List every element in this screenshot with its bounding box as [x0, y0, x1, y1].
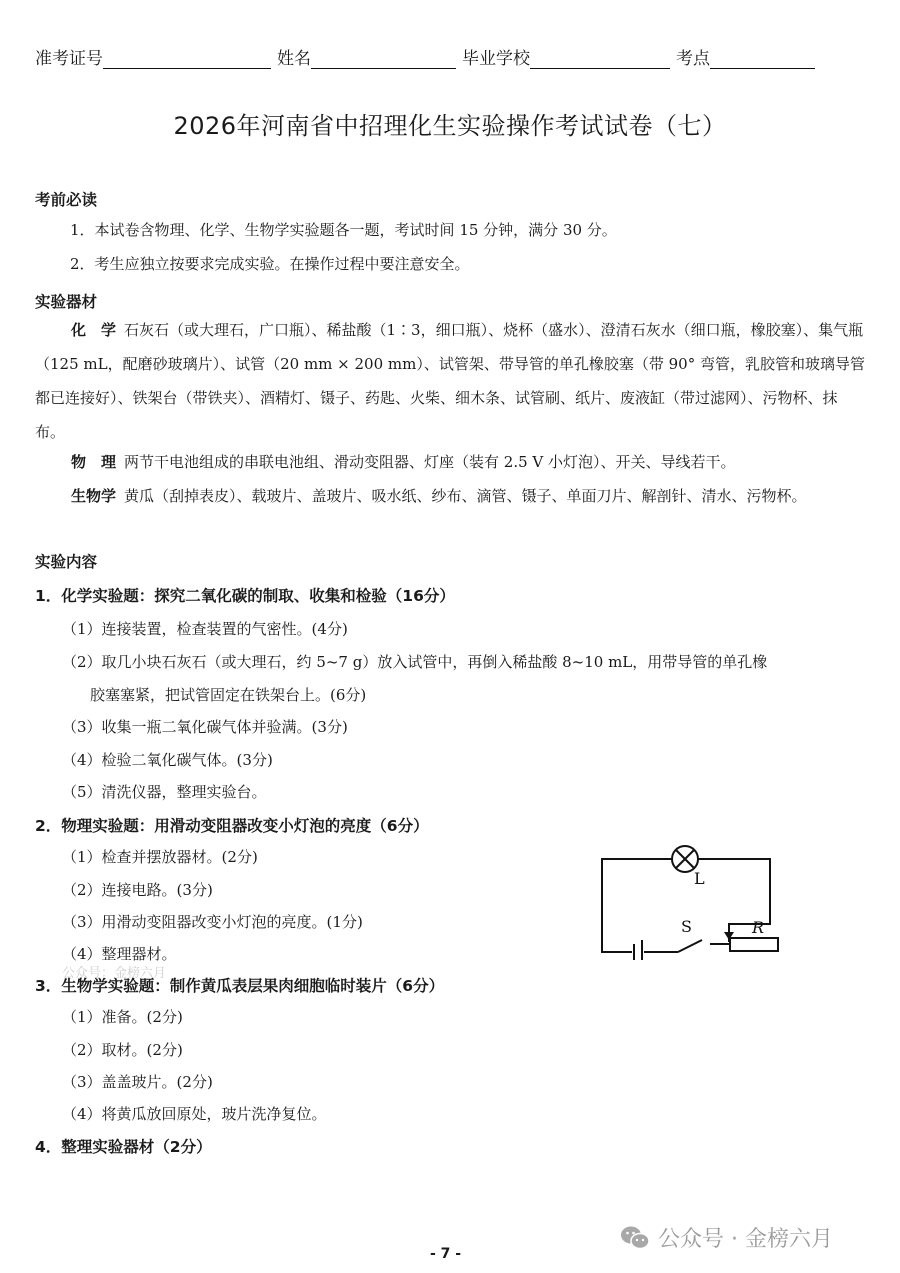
materials-biology: 生物学黄瓜（刮掉表皮）、载玻片、盖玻片、吸水纸、纱布、滴管、镊子、单面刀片、解剖…	[35, 479, 867, 513]
question-title: 2．物理实验题：用滑动变阻器改变小灯泡的亮度（6分）	[35, 814, 429, 836]
question-step: （1）准备。(2分)	[62, 1006, 183, 1027]
notice-heading: 考前必读	[35, 188, 97, 210]
exam-header: 准考证号 姓名 毕业学校 考点	[35, 44, 865, 69]
name-label: 姓名	[277, 44, 311, 69]
exam-site-label: 考点	[676, 44, 710, 69]
biology-text: 黄瓜（刮掉表皮）、载玻片、盖玻片、吸水纸、纱布、滴管、镊子、单面刀片、解剖针、清…	[124, 487, 807, 505]
question-step: （3）收集一瓶二氧化碳气体并验满。(3分)	[62, 716, 348, 737]
lamp-label: L	[694, 869, 705, 888]
biology-label: 生物学	[71, 487, 116, 505]
physics-label: 物 理	[71, 453, 116, 471]
materials-physics: 物 理两节干电池组成的串联电池组、滑动变阻器、灯座（装有 2.5 V 小灯泡）、…	[35, 446, 867, 478]
name-field[interactable]	[311, 48, 456, 69]
watermark-text: 公众号 · 金榜六月	[658, 1222, 833, 1253]
question-step: （4）将黄瓜放回原处，玻片洗净复位。	[62, 1103, 327, 1124]
question-step: （3）盖盖玻片。(2分)	[62, 1071, 213, 1092]
question-step: （4）整理器材。	[62, 943, 177, 964]
question-title: 1．化学实验题：探究二氧化碳的制取、收集和检验（16分）	[35, 584, 455, 606]
physics-text: 两节干电池组成的串联电池组、滑动变阻器、灯座（装有 2.5 V 小灯泡）、开关、…	[124, 453, 736, 471]
school-field[interactable]	[530, 48, 670, 69]
question-title: 3．生物学实验题：制作黄瓜表层果肉细胞临时装片（6分）	[35, 974, 444, 996]
exam-id-field[interactable]	[103, 48, 271, 69]
materials-heading: 实验器材	[35, 290, 97, 312]
question-step: （5）清洗仪器，整理实验台。	[62, 781, 267, 802]
rheostat-label: R	[751, 918, 764, 937]
circuit-diagram: L S R	[590, 840, 790, 960]
question-step: （2）取材。(2分)	[62, 1039, 183, 1060]
notice-item: 1．本试卷含物理、化学、生物学实验题各一题，考试时间 15 分钟，满分 30 分…	[70, 214, 617, 246]
rheostat-icon	[730, 938, 778, 951]
school-label: 毕业学校	[462, 44, 530, 69]
chemistry-label: 化 学	[71, 321, 116, 339]
battery-icon	[634, 940, 642, 960]
chemistry-text: 石灰石（或大理石，广口瓶）、稀盐酸（1∶3，细口瓶）、烧杯（盛水）、澄清石灰水（…	[35, 321, 865, 441]
question-title: 4．整理实验器材（2分）	[35, 1135, 212, 1157]
notice-item: 2．考生应独立按要求完成实验。在操作过程中要注意安全。	[70, 248, 470, 280]
question-step: （4）检验二氧化碳气体。(3分)	[62, 749, 273, 770]
switch-label: S	[681, 917, 692, 936]
question-step: （1）连接装置，检查装置的气密性。(4分)	[62, 618, 348, 639]
exam-site-field[interactable]	[710, 48, 815, 69]
question-step: （3）用滑动变阻器改变小灯泡的亮度。(1分)	[62, 911, 363, 932]
exam-id-label: 准考证号	[35, 44, 103, 69]
wechat-icon	[620, 1225, 650, 1251]
question-step: （1）检查并摆放器材。(2分)	[62, 846, 258, 867]
materials-chemistry: 化 学石灰石（或大理石，广口瓶）、稀盐酸（1∶3，细口瓶）、烧杯（盛水）、澄清石…	[35, 313, 867, 449]
wechat-watermark: 公众号 · 金榜六月	[620, 1222, 833, 1253]
content-heading: 实验内容	[35, 550, 97, 572]
page-number: - 7 -	[430, 1246, 461, 1262]
question-step: （2）取几小块石灰石（或大理石，约 5~7 g）放入试管中，再倒入稀盐酸 8~1…	[62, 651, 767, 672]
question-step: 胶塞塞紧，把试管固定在铁架台上。(6分)	[90, 684, 366, 705]
page-title: 2026年河南省中招理化生实验操作考试试卷（七）	[0, 106, 900, 141]
question-step: （2）连接电路。(3分)	[62, 879, 213, 900]
